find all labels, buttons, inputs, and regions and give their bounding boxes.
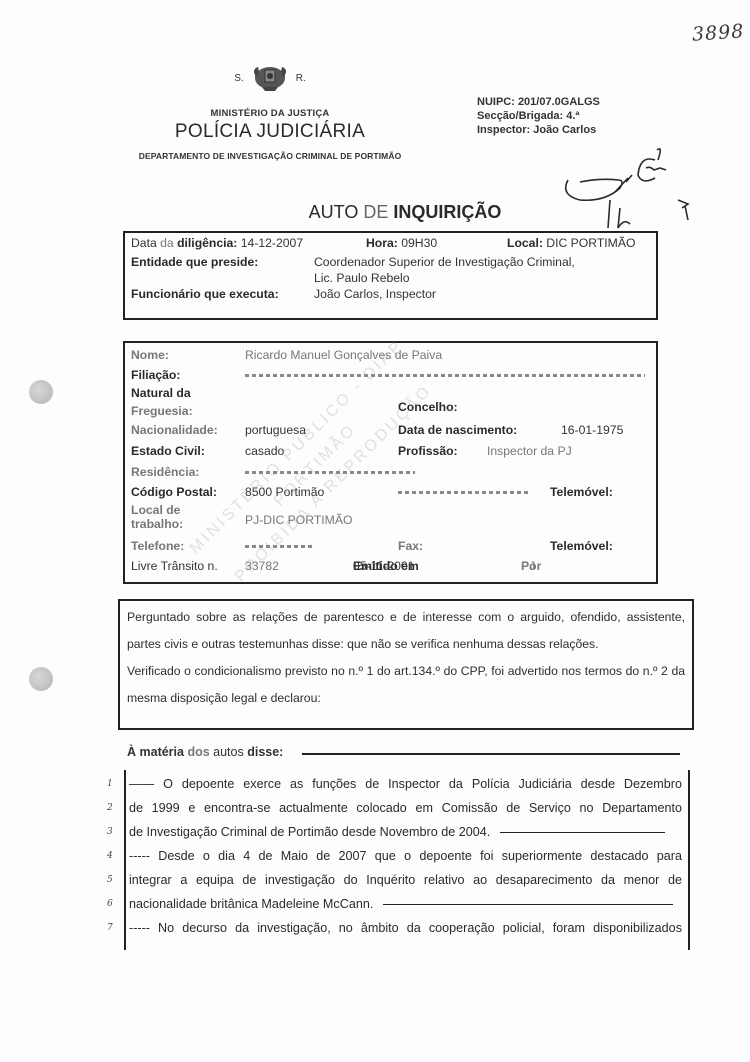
narrative-line: 6 nacionalidade britânica Madeleine McCa…	[129, 892, 682, 916]
line-text: nacionalidade britânica Madeleine McCann…	[129, 897, 373, 911]
narrative-line: 5 integrar a equipa de investigação do I…	[129, 868, 682, 892]
field-residencia: Residência:	[131, 465, 650, 483]
codigo-value: 8500 Portimão	[245, 485, 324, 499]
field-estado-civil: Estado Civil: casado Profissão: Inspecto…	[131, 444, 650, 462]
telemovel-label: Telemóvel:	[550, 485, 613, 499]
profissao-label: Profissão:	[398, 444, 458, 458]
label-text: da	[160, 236, 177, 250]
page-number: 3898	[691, 20, 745, 46]
line-number: 2	[107, 796, 119, 820]
field-trabalho: trabalho:	[131, 517, 650, 535]
livre-value: 33782	[245, 559, 279, 573]
seal-right-letter: R.	[296, 73, 306, 84]
por-value: PJ	[521, 559, 535, 573]
materia-heading: À matéria dos autos disse:	[127, 745, 283, 759]
field-filiacao: Filiação:	[131, 368, 650, 386]
hora-value: 09H30	[398, 236, 437, 250]
trabalho-label: trabalho:	[131, 517, 183, 531]
line-number: 3	[107, 820, 119, 844]
narrative-line: 1 —— O depoente exerce as funções de Ins…	[129, 772, 682, 796]
line-text: ----- No decurso da investigação, no âmb…	[129, 921, 682, 935]
filiacao-label: Filiação:	[131, 368, 180, 382]
funcionario-label: Funcionário que executa:	[131, 287, 279, 301]
nacionalidade-label: Nacionalidade:	[131, 423, 218, 437]
coat-of-arms-icon	[250, 63, 290, 93]
telefone-label: Telefone:	[131, 539, 184, 553]
fill-line	[383, 904, 673, 906]
seal-left-letter: S.	[234, 73, 243, 84]
entidade-value-2: Lic. Paulo Rebelo	[314, 271, 410, 285]
livre-label: Livre Trânsito n.	[131, 559, 218, 573]
advertence-paragraph: Verificado o condicionalismo previsto no…	[127, 658, 685, 712]
line-number: 6	[107, 892, 119, 916]
narrative-line: 4 ----- Desde o dia 4 de Maio de 2007 qu…	[129, 844, 682, 868]
title-auto: AUTO	[309, 202, 364, 222]
materia-rule	[302, 753, 680, 755]
field-freguesia: Freguesia:	[131, 401, 650, 419]
line-number: 5	[107, 868, 119, 892]
line-text: ----- Desde o dia 4 de Maio de 2007 que …	[129, 849, 682, 863]
residencia-label: Residência:	[131, 465, 199, 479]
freguesia-label: Freguesia:	[131, 404, 193, 418]
line-number: 4	[107, 844, 119, 868]
natural-label: Natural da	[131, 386, 191, 400]
nome-value: Ricardo Manuel Gonçalves de Paiva	[245, 348, 442, 362]
line-number: 7	[107, 916, 119, 940]
diligence-date: Data da diligência: 14-12-2007	[131, 236, 303, 250]
punch-hole-top	[29, 380, 53, 404]
heading-text: À matéria	[127, 745, 184, 759]
field-nacionalidade: Nacionalidade: portuguesa Data de nascim…	[131, 423, 650, 441]
witness-box: Nome: Ricardo Manuel Gonçalves de Paiva …	[123, 341, 658, 584]
line-number: 1	[107, 772, 119, 796]
heading-text: autos	[213, 745, 247, 759]
title-de: DE	[363, 202, 393, 222]
local-trabalho-label: Local de	[131, 503, 180, 517]
heading-text: disse:	[247, 745, 283, 759]
diligence-box: Data da diligência: 14-12-2007 Hora: 09H…	[123, 231, 658, 320]
fax-label: Fax:	[398, 539, 423, 553]
local-value: DIC PORTIMÃO	[543, 236, 636, 250]
estado-label: Estado Civil:	[131, 444, 205, 458]
label-text: Hora:	[366, 236, 398, 250]
ministry-name: MINISTÉRIO DA JUSTIÇA	[110, 108, 430, 119]
heading-text: dos	[184, 745, 213, 759]
field-nome: Nome: Ricardo Manuel Gonçalves de Paiva	[131, 348, 650, 366]
nacionalidade-value: portuguesa	[245, 423, 306, 437]
relations-box: Perguntado sobre as relações de parentes…	[118, 599, 694, 730]
narrative-line: 2 de 1999 e encontra-se actualmente colo…	[129, 796, 682, 820]
line-text: —— O depoente exerce as funções de Inspe…	[129, 777, 682, 791]
label-text: diligência:	[177, 236, 237, 250]
nascimento-label: Data de nascimento:	[398, 423, 517, 437]
field-livre-transito: Livre Trânsito n. 33782 Emitido em 05-11…	[131, 559, 650, 577]
field-codigo-postal: Código Postal: 8500 Portimão Telemóvel:	[131, 485, 650, 503]
relations-paragraph: Perguntado sobre as relações de parentes…	[127, 604, 685, 658]
nome-label: Nome:	[131, 348, 169, 362]
narrative-line: 3 de Investigação Criminal de Portimão d…	[129, 820, 682, 844]
label-text: Data	[131, 236, 160, 250]
date-value: 14-12-2007	[237, 236, 303, 250]
punch-hole-bottom	[29, 667, 53, 691]
telemovel2-label: Telemóvel:	[550, 539, 613, 553]
field-telefone: Telefone: Fax: Telemóvel:	[131, 539, 650, 557]
department-name: DEPARTAMENTO DE INVESTIGAÇÃO CRIMINAL DE…	[110, 151, 430, 161]
funcionario-value: João Carlos, Inspector	[314, 287, 436, 301]
fill-line	[500, 832, 665, 834]
profissao-value: Inspector da PJ	[487, 444, 572, 458]
nuipc: NUIPC: 201/07.0GALGS	[477, 95, 600, 109]
narrative-right-rule	[688, 770, 690, 950]
narrative-line: 7 ----- No decurso da investigação, no â…	[129, 916, 682, 940]
diligence-local: Local: DIC PORTIMÃO	[507, 236, 635, 250]
line-text: de 1999 e encontra-se actualmente coloca…	[129, 801, 682, 815]
seal-row: S. R.	[110, 60, 430, 96]
estado-value: casado	[245, 444, 284, 458]
line-text: de Investigação Criminal de Portimão des…	[129, 825, 490, 839]
title-inquiricao: INQUIRIÇÃO	[393, 202, 501, 222]
letterhead: S. R. MINISTÉRIO DA JUSTIÇA POLÍCIA JUDI…	[110, 60, 430, 161]
line-text: integrar a equipa de investigação do Inq…	[129, 873, 682, 887]
diligence-hora: Hora: 09H30	[366, 236, 437, 250]
police-name: POLÍCIA JUDICIÁRIA	[110, 121, 430, 143]
emitido-value: 05-11-2001	[353, 559, 414, 573]
entidade-label: Entidade que preside:	[131, 255, 258, 269]
codigo-label: Código Postal:	[131, 485, 217, 499]
narrative-left-rule	[124, 770, 126, 950]
nascimento-value: 16-01-1975	[561, 423, 623, 437]
label-text: Local:	[507, 236, 543, 250]
document-title: AUTO DE INQUIRIÇÃO	[0, 202, 750, 223]
entidade-value-1: Coordenador Superior de Investigação Cri…	[314, 255, 575, 269]
